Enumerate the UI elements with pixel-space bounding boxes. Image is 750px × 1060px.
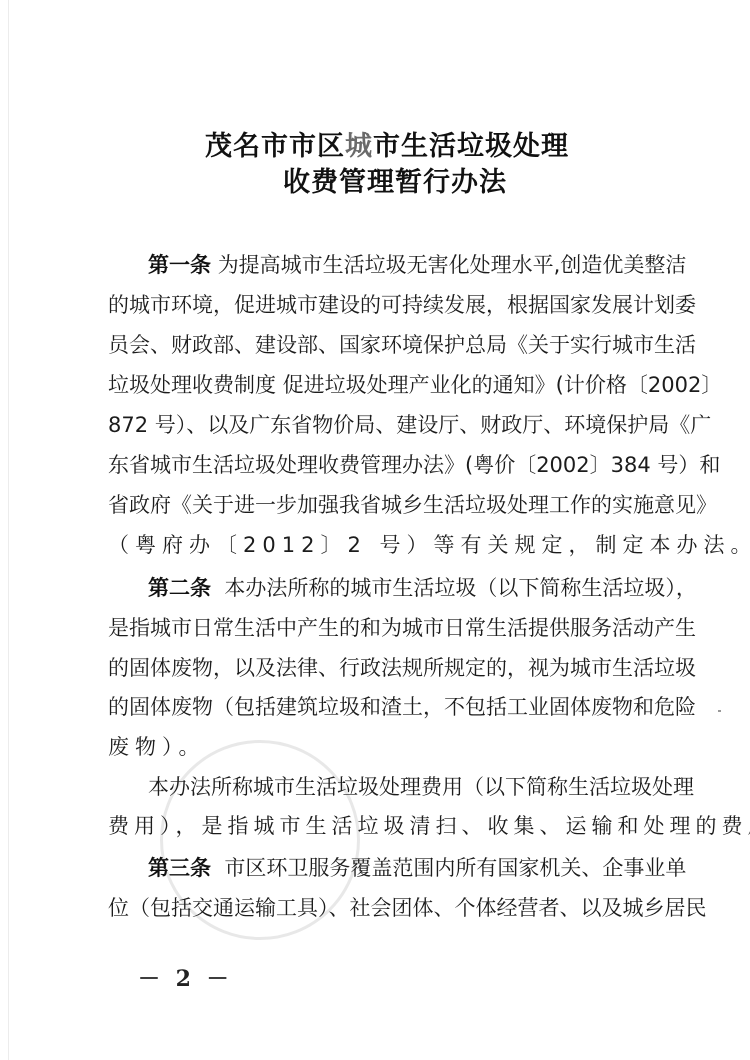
article-2-line-2: 是指城市日常生活中产生的和为城市日常生活提供服务活动产生 <box>108 613 652 643</box>
title-part-a: 茂名市市区 <box>205 131 345 162</box>
article-2-para2-line-2: 费用），是指城市生活垃圾清扫、收集、运输和处理的费用。 <box>108 811 652 841</box>
article-2-label: 第二条 <box>148 576 211 600</box>
article-1-label: 第一条 <box>148 253 211 277</box>
article-1-line-1: 第一条 为提高城市生活垃圾无害化处理水平,创造优美整洁 <box>148 250 652 280</box>
article-1-line-2: 的城市环境，促进城市建设的可持续发展，根据国家发展计划委 <box>108 290 652 320</box>
article-1-line-6: 东省城市生活垃圾处理收费管理办法》(粤价〔2002〕384 号）和 <box>108 450 652 480</box>
article-1-text: 为提高城市生活垃圾无害化处理水平,创造优美整洁 <box>218 253 687 277</box>
scan-speck <box>718 710 721 712</box>
article-1-line-5: 872 号）、以及广东省物价局、建设厅、财政厅、环境保护局《广 <box>108 410 652 440</box>
article-1-line-8: （粤府办〔2012〕2 号）等有关规定，制定本办法。 <box>108 530 652 560</box>
article-3-line-2: 位（包括交通运输工具）、社会团体、个体经营者、以及城乡居民 <box>108 893 652 923</box>
article-2-para2-line-1: 本办法所称城市生活垃圾处理费用（以下简称生活垃圾处理 <box>148 772 652 802</box>
title-part-b: 市生活垃圾处理 <box>373 131 569 162</box>
article-2-line-1: 第二条 本办法所称的城市生活垃圾（以下简称生活垃圾）， <box>148 573 652 603</box>
article-2-line-3: 的固体废物，以及法律、行政法规所规定的，视为城市生活垃圾 <box>108 653 652 683</box>
title-part-highlight: 城 <box>345 131 373 162</box>
document-title-line-2: 收费管理暂行办法 <box>283 160 750 199</box>
article-3-text: 市区环卫服务覆盖范围内所有国家机关、企事业单 <box>224 856 686 880</box>
article-1-line-3: 员会、财政部、建设部、国家环境保护总局《关于实行城市生活 <box>108 330 652 360</box>
article-3-line-1: 第三条 市区环卫服务覆盖范围内所有国家机关、企事业单 <box>148 853 652 883</box>
article-2-line-5: 废物）。 <box>108 732 652 762</box>
article-2-text: 本办法所称的城市生活垃圾（以下简称生活垃圾）， <box>224 576 697 600</box>
article-1-line-7: 省政府《关于进一步加强我省城乡生活垃圾处理工作的实施意见》 <box>108 490 652 520</box>
scan-edge-line <box>8 0 9 1060</box>
page-number: － 2 － <box>138 962 233 993</box>
document-title-line-1: 茂名市市区城市生活垃圾处理 <box>205 124 750 163</box>
article-1-line-4: 垃圾处理收费制度 促进垃圾处理产业化的通知》(计价格〔2002〕 <box>108 370 652 400</box>
article-3-label: 第三条 <box>148 856 211 880</box>
article-2-line-4: 的固体废物（包括建筑垃圾和渣土，不包括工业固体废物和危险 <box>108 692 652 722</box>
